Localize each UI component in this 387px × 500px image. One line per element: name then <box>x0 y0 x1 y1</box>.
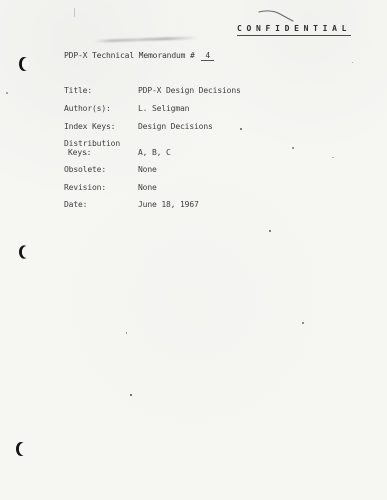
pencil-smudge <box>94 36 198 43</box>
pen-stroke-mark <box>258 9 296 24</box>
memo-header-prefix: PDP-X Technical Memorandum # <box>64 51 195 60</box>
field-label-title: Title: <box>64 86 92 95</box>
field-label-authors: Author(s): <box>64 104 111 113</box>
field-row-revision: Revision: None <box>0 183 387 193</box>
field-row-date: Date: June 18, 1967 <box>0 200 387 210</box>
field-value-obsolete: None <box>138 165 157 174</box>
crescent-ink-mark <box>19 57 29 71</box>
field-label-obsolete: Obsolete: <box>64 165 106 174</box>
scan-speck <box>126 332 127 334</box>
field-label-revision: Revision: <box>64 183 106 192</box>
field-row-title: Title: PDP-X Design Decisions <box>0 86 387 96</box>
field-row-distribution-line2: Keys: A, B, C <box>0 148 387 158</box>
scan-speck <box>269 230 271 232</box>
memo-number: 4 <box>201 51 214 61</box>
field-row-index-keys: Index Keys: Design Decisions <box>0 122 387 132</box>
scan-speck <box>130 394 132 396</box>
field-value-date: June 18, 1967 <box>138 200 199 209</box>
scan-speck <box>332 157 334 158</box>
confidential-stamp: CONFIDENTIAL <box>237 24 351 36</box>
field-value-revision: None <box>138 183 157 192</box>
scan-speck <box>292 147 294 149</box>
memo-header: PDP-X Technical Memorandum # 4 <box>64 51 214 61</box>
crescent-ink-mark <box>19 245 29 258</box>
scan-speck <box>6 92 8 94</box>
field-label-index-keys: Index Keys: <box>64 122 115 131</box>
field-value-authors: L. Seligman <box>138 104 189 113</box>
crescent-ink-mark <box>16 442 26 456</box>
scanned-memo-page: CONFIDENTIAL PDP-X Technical Memorandum … <box>0 0 387 500</box>
field-value-distribution: A, B, C <box>138 148 171 157</box>
scan-speck <box>352 62 353 63</box>
scan-speck <box>86 153 87 155</box>
field-label-distribution: Distribution <box>64 139 120 148</box>
field-value-index-keys: Design Decisions <box>138 122 213 131</box>
scan-artifact-tick <box>74 8 75 17</box>
field-label-date: Date: <box>64 200 87 209</box>
field-row-obsolete: Obsolete: None <box>0 165 387 175</box>
scan-speck <box>240 128 242 130</box>
scan-speck <box>302 322 304 324</box>
field-label-distribution-keys: Keys: <box>68 148 91 157</box>
field-value-title: PDP-X Design Decisions <box>138 86 241 95</box>
field-row-authors: Author(s): L. Seligman <box>0 104 387 114</box>
